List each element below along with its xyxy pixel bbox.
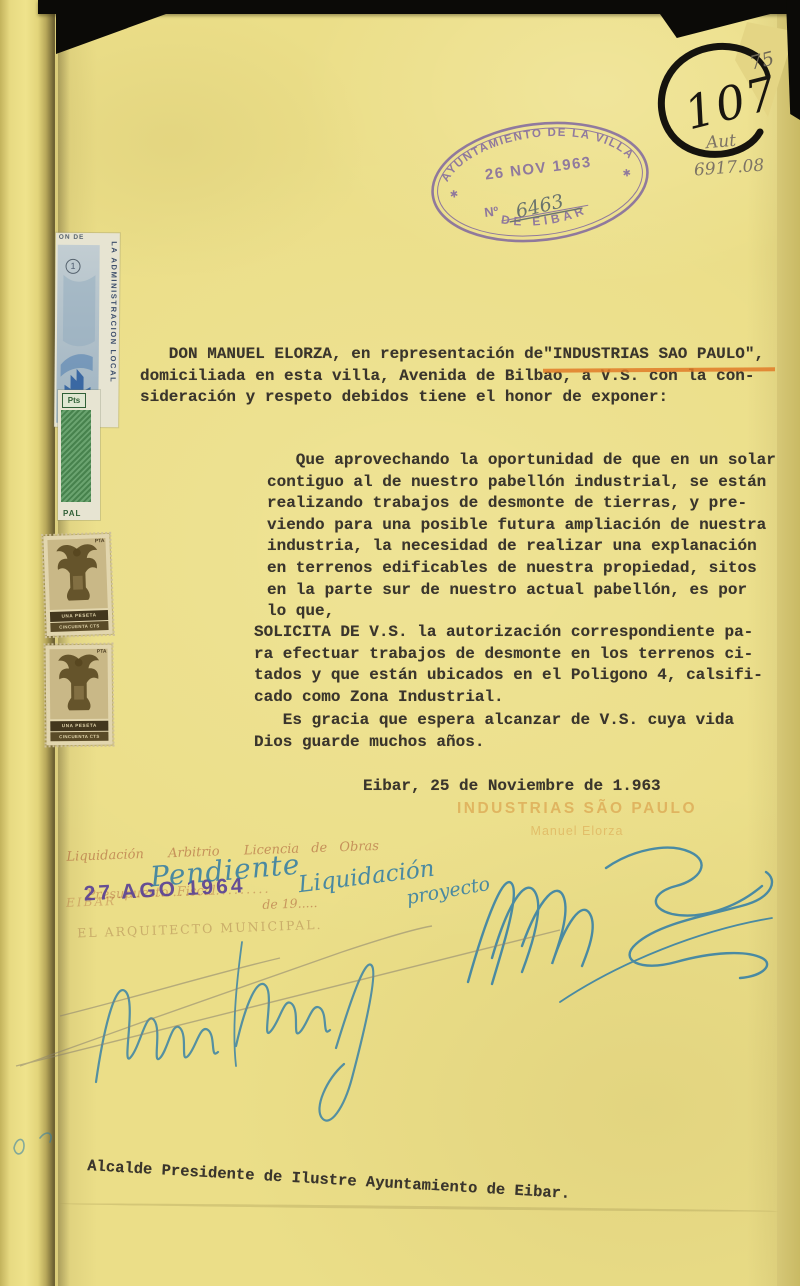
registry-oval-stamp: AYUNTAMIENTO DE LA VILLA DE EIBAR ✱ ✱ 26… (418, 101, 663, 262)
letter-paragraph-2: Que aprovechando la oportunidad de que e… (267, 450, 776, 623)
stamp-vertical-text: LA ADMINISTRACION LOCAL (101, 241, 119, 423)
stamp-band-text: CINCUENTA CTS (50, 732, 108, 742)
letter-paragraph-3: SOLICITA DE V.S. la autorización corresp… (254, 622, 763, 708)
stamp-currency-label: PTA (97, 649, 107, 655)
stamp-currency-label: PTA (95, 538, 105, 544)
stamp-date: 26 NOV 1963 (484, 154, 593, 184)
revenue-stamp-green-art (61, 410, 91, 502)
scan-background-top (38, 0, 800, 14)
stamp-band-text: CINCUENTA CTS (50, 621, 108, 632)
eagle-icon (50, 649, 109, 720)
company-stamp-signer: Manuel Elorza (452, 824, 702, 838)
letter-paragraph-1: DON MANUEL ELORZA, en representación de"… (140, 344, 764, 409)
stamp-fragment-text: ON DE (59, 234, 85, 241)
closing-address-line: '.Alcalde Presidente de Ilustre Ayuntami… (48, 1132, 89, 1199)
fiscal-stamp-bottom: PTA UNA PESETA CINCUENTA CTS (45, 645, 112, 746)
stamp-pts-label: Pts (62, 393, 86, 408)
fiscal-stamp-top: PTA UNA PESETA CINCUENTA CTS (43, 534, 112, 636)
fiscal-stamp-eagle-area (47, 538, 107, 610)
stamp-band-text: UNA PESETA (50, 610, 108, 622)
letter-paragraph-4: Es gracia que espera alcanzar de V.S. cu… (254, 710, 734, 753)
folio-number: 107 (679, 65, 783, 140)
pencil-ref-line1: Aut (705, 131, 737, 154)
stamp-star-right: ✱ (622, 168, 632, 180)
company-stamp-name: INDUSTRIAS SÃO PAULO (452, 800, 702, 818)
fiscal-stamp-eagle-area (50, 649, 109, 720)
underlying-page-edge (773, 10, 800, 1286)
stamp-number-label: Nº (483, 203, 499, 220)
eagle-icon (47, 538, 107, 610)
letter-date-line: Eibar, 25 de Noviembre de 1.963 (363, 776, 661, 798)
scanned-document-page: ON DE 1 LA ADMINISTRACION LOCAL Pts PAL … (0, 0, 800, 1286)
revenue-stamp-green: Pts PAL (58, 390, 100, 520)
stamp-value: 1 (65, 259, 80, 274)
municipal-architect-title: EL ARQUITECTO MUNICIPAL. (77, 917, 323, 941)
year-blank: de 19..... (262, 895, 318, 912)
left-page-fold (0, 0, 60, 1286)
stamp-band-text: UNA PESETA (50, 721, 108, 732)
stamp-pal-fragment: PAL (63, 509, 81, 518)
stamp-star-left: ✱ (449, 189, 459, 201)
